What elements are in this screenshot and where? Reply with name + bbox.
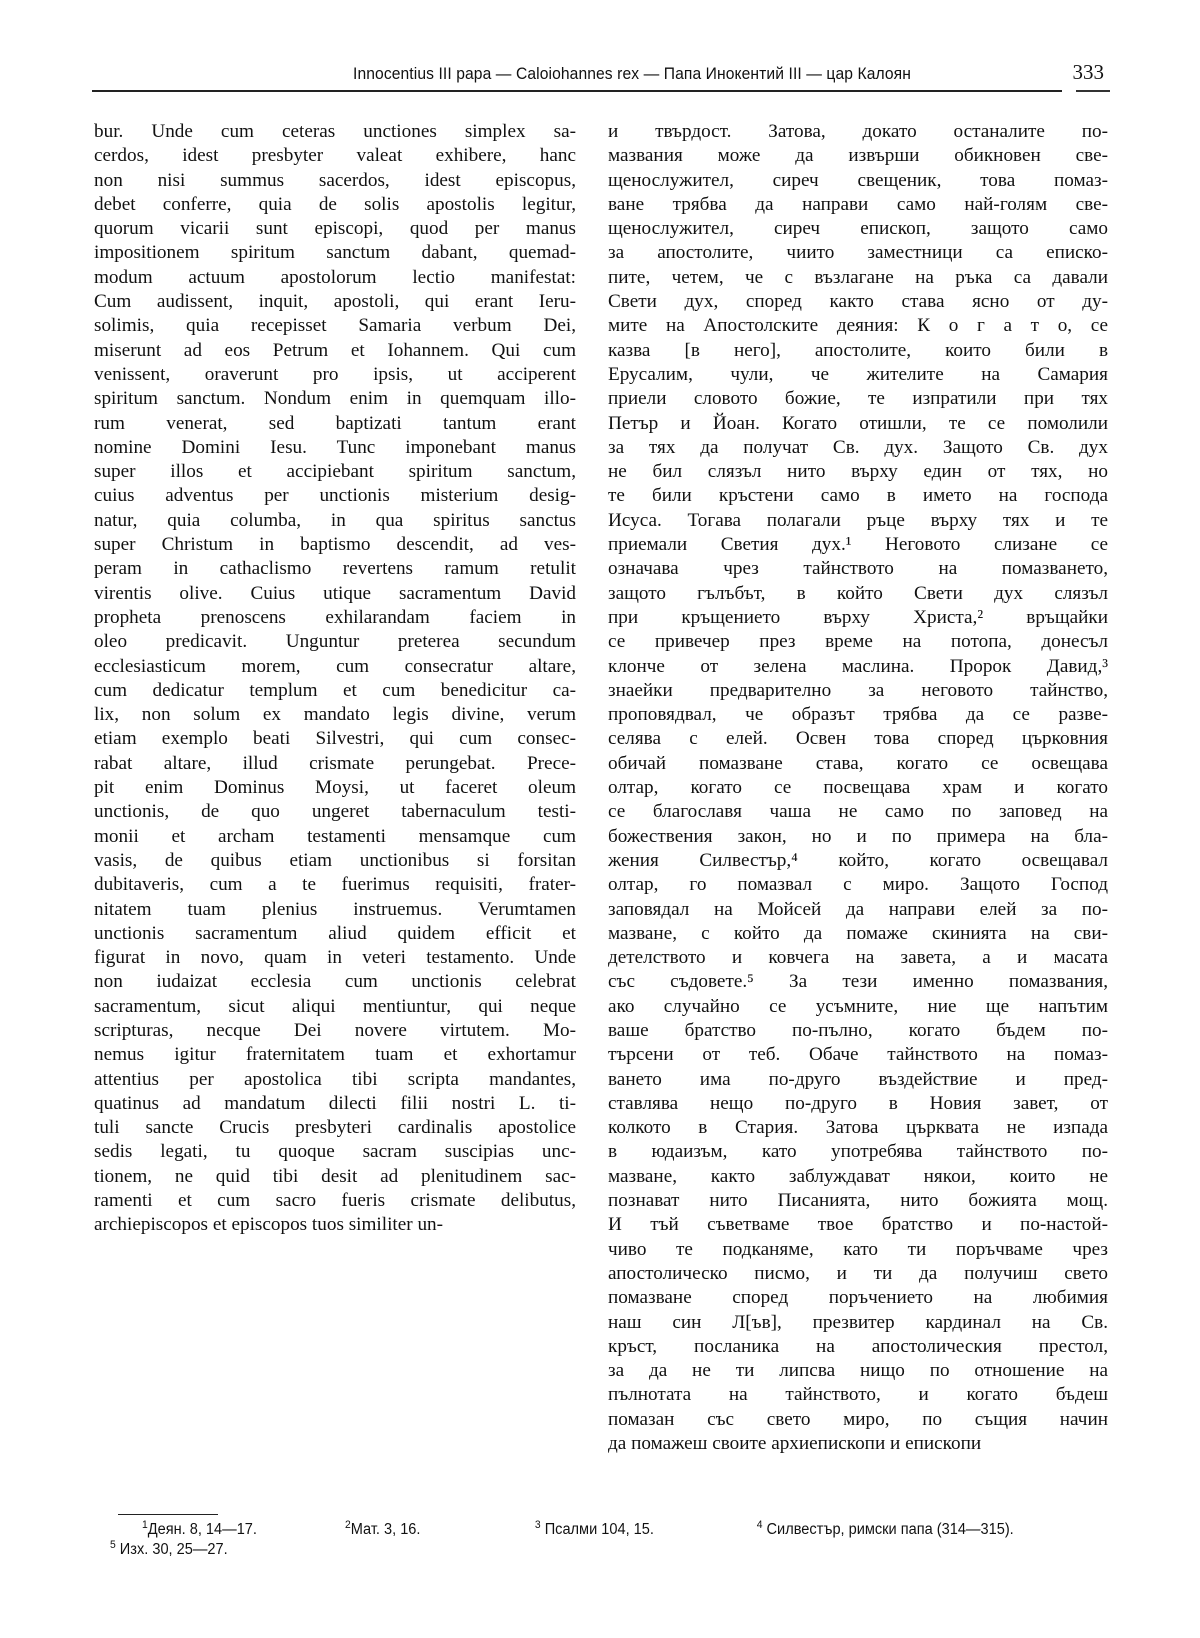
footnote-mark: 4 [757,1519,763,1531]
latin-text-line: tionem, ne quid tibi desit ad plenitudin… [94,1165,576,1189]
bulgarian-text-line: Ерусалим, чули, че жителите на Самария [608,363,1108,387]
bulgarian-text-line: божествения закон, но и по примера на бл… [608,825,1108,849]
header-rule [92,90,1062,92]
bulgarian-text-line: познават нито Писанията, нито божията мо… [608,1189,1108,1213]
latin-text-line: nemus igitur fraternitatem tuam et exhor… [94,1043,576,1067]
latin-text-line: vasis, de quibus etiam unctionibus si fo… [94,849,576,873]
latin-text-line: modum actuum apostolorum lectio manifest… [94,266,576,290]
latin-text-line: monii et archam testamenti mensamque cum [94,825,576,849]
latin-text-line: venissent, oraverunt pro ipsis, ut accip… [94,363,576,387]
latin-text-line: nitatem tuam plenius instruemus. Verumta… [94,898,576,922]
latin-text-line: tuli sancte Crucis presbyteri cardinalis… [94,1116,576,1140]
bulgarian-text-line: ако случайно се усъмните, ние ще напътим [608,995,1108,1019]
bulgarian-text-line: търсени от теб. Обаче тайнството на пома… [608,1043,1108,1067]
bulgarian-text-line: ваше братство по-пълно, когато бъдем по- [608,1019,1108,1043]
bulgarian-text-line: ване трябва да направи само най-голям св… [608,193,1108,217]
bulgarian-text-line: помазване според поръчението на любимия [608,1286,1108,1310]
latin-text-line: rabat altare, illud crismate perungebat.… [94,752,576,776]
bulgarian-text-line: щенослужител, сиреч свещеник, това помаз… [608,169,1108,193]
latin-text-line: cuius adventus per unctionis misterium d… [94,484,576,508]
bulgarian-text-line: и твърдост. Затова, докато останалите по… [608,120,1108,144]
bulgarian-text-line: знаейки предварително за неговото тайнст… [608,679,1108,703]
bulgarian-text-line: приели словото божие, те изпратили при т… [608,387,1108,411]
bulgarian-text-line: мазване, както заблуждават някои, които … [608,1165,1108,1189]
bulgarian-text-line: проповядвал, че образът трябва да се раз… [608,703,1108,727]
bulgarian-text-line: ставлява нещо по-друго в Новия завет, от [608,1092,1108,1116]
bulgarian-text-line: Свети дух, според както става ясно от ду… [608,290,1108,314]
bulgarian-text-line: кръст, посланика на апостолическия прест… [608,1335,1108,1359]
bulgarian-text-line: те били кръстени само в името на господа [608,484,1108,508]
latin-text-line: super Christum in baptismo descendit, ad… [94,533,576,557]
footnote-row-2: 5 Изх. 30, 25—27. [110,1540,1050,1560]
latin-text-line: cerdos, idest presbyter valeat exhibere,… [94,144,576,168]
footnotes: 1Деян. 8, 14—17. 2Мат. 3, 16. 3 Псалми 1… [110,1520,1050,1560]
page-number: 333 [1073,60,1105,85]
bulgarian-text-line: мазвания може да извърши обикновен све- [608,144,1108,168]
bulgarian-text-line: апостолическо писмо, и ти да получиш све… [608,1262,1108,1286]
latin-text-line: unctionis sacramentum aliud quidem effic… [94,922,576,946]
footnote-mark: 5 [110,1539,116,1551]
bulgarian-text-line: мите на Апостолските деяния: К о г а т о… [608,314,1108,338]
latin-text-line: super illos et accipiebant spiritum sanc… [94,460,576,484]
bulgarian-text-line: олтар, когато се посвещава храм и когато [608,776,1108,800]
bulgarian-text-line: наш син Л[ъв], презвитер кардинал на Св. [608,1311,1108,1335]
bulgarian-text-line: се благославя чаша не само по заповед на [608,800,1108,824]
footnote-mark: 3 [535,1519,541,1531]
latin-text-line: non nisi summus sacerdos, idest episcopu… [94,169,576,193]
latin-text-line: impositionem spiritum sanctum dabant, qu… [94,241,576,265]
bulgarian-text-line: защото гълъбът, в който Свети дух слязъл [608,582,1108,606]
latin-text-line: rum venerat, sed baptizati tantum erant [94,412,576,436]
bulgarian-text-line: при кръщението върху Христа,² връщайки [608,606,1108,630]
latin-text-line: quorum vicarii sunt episcopi, quod per m… [94,217,576,241]
latin-text-line: dubitaveris, cum a te fuerimus requisiti… [94,873,576,897]
footnote-row-1: 1Деян. 8, 14—17. 2Мат. 3, 16. 3 Псалми 1… [110,1520,1050,1540]
latin-text-line: sacramentum, sicut aliqui mentiuntur, qu… [94,995,576,1019]
latin-text-line: non iudaizat ecclesia cum unctionis cele… [94,970,576,994]
bulgarian-text-line: И тъй съветваме твое братство и по-насто… [608,1213,1108,1237]
latin-text-line: ramenti et cum sacro fueris crismate del… [94,1189,576,1213]
bulgarian-text-line: жения Силвестър,⁴ който, когато освещава… [608,849,1108,873]
latin-text-line: archiepiscopos et episcopos tuos similit… [94,1213,576,1237]
document-page: Innocentius III papa — Caloiohannes rex … [0,0,1200,1638]
latin-text-line: natur, quia columba, in qua spiritus san… [94,509,576,533]
latin-text-line: pit enim Dominus Moysi, ut faceret oleum [94,776,576,800]
bulgarian-text-line: чиво те подканяме, като ти поръчваме чре… [608,1238,1108,1262]
bulgarian-text-line: клонче от зелена маслина. Пророк Давид,³ [608,655,1108,679]
footnote-3: 3 Псалми 104, 15. [535,1520,654,1540]
latin-text-line: peram in cathaclismo revertens ramum ret… [94,557,576,581]
latin-text-column: bur. Unde cum ceteras unctiones simplex … [94,120,576,1238]
footnote-1: 1Деян. 8, 14—17. [142,1520,257,1540]
bulgarian-text-line: пите, четем, че с възлагане на ръка са д… [608,266,1108,290]
bulgarian-text-line: казва [в него], апостолите, които били в [608,339,1108,363]
footnote-4: 4 Силвестър, римски папа (314—315). [757,1520,1014,1540]
latin-text-line: propheta prenoscens exhilarandam faciem … [94,606,576,630]
latin-text-line: attentius per apostolica tibi scripta ma… [94,1068,576,1092]
bulgarian-translation-column: и твърдост. Затова, докато останалите по… [608,120,1108,1456]
bulgarian-text-line: олтар, го помазвал с миро. Защото Господ [608,873,1108,897]
bulgarian-text-line: обичай помазване става, когато се освеща… [608,752,1108,776]
footnote-text: Мат. 3, 16. [351,1521,421,1538]
bulgarian-text-line: Петър и Йоан. Когато отишли, те се помол… [608,412,1108,436]
latin-text-line: sedis legati, tu quoque sacram suscipias… [94,1140,576,1164]
footnote-text: Деян. 8, 14—17. [148,1521,257,1538]
bulgarian-text-line: пълнотата на тайнството, и когато бъдеш [608,1383,1108,1407]
bulgarian-text-line: Исуса. Тогава полагали ръце върху тях и … [608,509,1108,533]
latin-text-line: lix, non solum ex mandato legis divine, … [94,703,576,727]
bulgarian-text-line: се привечер през време на потопа, донесъ… [608,630,1108,654]
bulgarian-text-line: не бил слязъл нито върху един от тях, но [608,460,1108,484]
running-title: Innocentius III papa — Caloiohannes rex … [264,64,1000,84]
bulgarian-text-line: помазан със свето миро, по същия начин [608,1408,1108,1432]
bulgarian-text-line: детелството и ковчега на завета, а и мас… [608,946,1108,970]
latin-text-line: etiam exemplo beati Silvestri, qui cum c… [94,727,576,751]
latin-text-line: solimis, quia recepisset Samaria verbum … [94,314,576,338]
bulgarian-text-line: колкото в Стария. Затова църквата не изп… [608,1116,1108,1140]
latin-text-line: ecclesiasticum morem, cum consecratur al… [94,655,576,679]
footnote-text: Псалми 104, 15. [545,1521,654,1538]
bulgarian-text-line: в юдаизъм, като употребява тайнството по… [608,1140,1108,1164]
latin-text-line: miserunt ad eos Petrum et Iohannem. Qui … [94,339,576,363]
latin-text-line: oleo predicavit. Unguntur preterea secun… [94,630,576,654]
latin-text-line: scripturas, necque Dei novere virtutem. … [94,1019,576,1043]
bulgarian-text-line: селява с елей. Освен това според църковн… [608,727,1108,751]
bulgarian-text-line: означава чрез тайнството на помазването, [608,557,1108,581]
latin-text-line: spiritum sanctum. Nondum enim in quemqua… [94,387,576,411]
latin-text-line: figurat in novo, quam in veteri testamen… [94,946,576,970]
bulgarian-text-line: да помажеш своите архиепископи и епископ… [608,1432,1108,1456]
bulgarian-text-line: със съдовете.⁵ За тези именно помазвания… [608,970,1108,994]
latin-text-line: cum dedicatur templum et cum benedicitur… [94,679,576,703]
bulgarian-text-line: мазване, с който да помаже скинията на с… [608,922,1108,946]
bulgarian-text-line: ването има по-друго въздействие и пред- [608,1068,1108,1092]
latin-text-line: nomine Domini Iesu. Tunc imponebant manu… [94,436,576,460]
footnote-text: Силвестър, римски папа (314—315). [767,1521,1014,1538]
header-rule-right [1076,90,1110,92]
running-header: Innocentius III papa — Caloiohannes rex … [92,60,1110,96]
bulgarian-text-line: за тях да получат Св. дух. Защото Св. ду… [608,436,1108,460]
footnote-5: 5 Изх. 30, 25—27. [110,1540,228,1560]
bulgarian-text-line: приемали Светия дух.¹ Неговото слизане с… [608,533,1108,557]
footnote-rule [118,1514,218,1515]
latin-text-line: unctionis, de quo ungeret tabernaculum t… [94,800,576,824]
latin-text-line: quatinus ad mandatum dilecti filii nostr… [94,1092,576,1116]
bulgarian-text-line: щенослужител, сиреч епископ, защото само [608,217,1108,241]
bulgarian-text-line: за да не ти липсва нищо по отношение на [608,1359,1108,1383]
bulgarian-text-line: за апостолите, чиито заместници са еписк… [608,241,1108,265]
bulgarian-text-line: заповядал на Мойсей да направи елей за п… [608,898,1108,922]
footnote-2: 2Мат. 3, 16. [345,1520,420,1540]
latin-text-line: Cum audissent, inquit, apostoli, qui era… [94,290,576,314]
footnote-text: Изх. 30, 25—27. [120,1541,228,1558]
latin-text-line: bur. Unde cum ceteras unctiones simplex … [94,120,576,144]
latin-text-line: debet conferre, quia de solis apostolis … [94,193,576,217]
latin-text-line: virentis olive. Cuius utique sacramentum… [94,582,576,606]
